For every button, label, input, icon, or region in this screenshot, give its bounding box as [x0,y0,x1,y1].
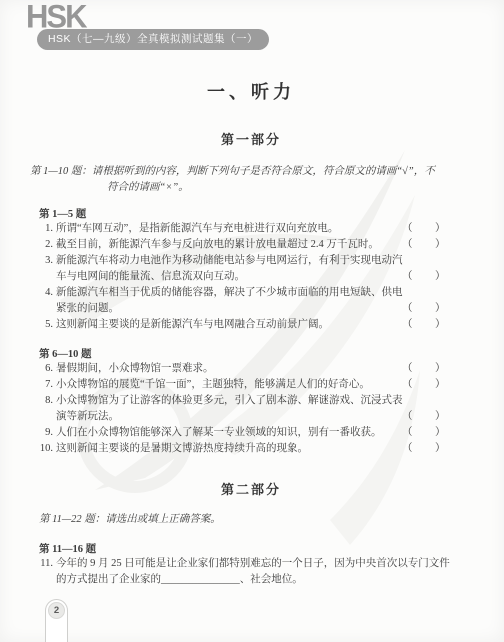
question-text: 小众博物馆的展览“千馆一面”，主题独特，能够满足人们的好奇心。 [56,377,402,393]
question-number: 3. [30,253,56,269]
instruction-line: 符合的请画“×”。 [30,180,472,196]
question-number: 8. [30,393,56,409]
question-row-9: 9. 人们在小众博物馆能够深入了解某一专业领域的知识，别有一番收获。 （ ） [30,425,472,441]
question-row-11-cont: 的方式提出了企业家的_______________、社会地位。 [30,572,472,588]
question-number: 9. [30,425,56,441]
question-number [30,572,56,588]
question-text: 新能源汽车相当于优质的储能容器，解决了不少城市面临的用电短缺、供电 [56,285,472,301]
part1-instructions: 第 1—10 题：请根据听到的内容，判断下列句子是否符合原文，符合原文的请画“√… [30,164,472,196]
answer-parentheses: （ ） [402,361,472,377]
question-number: 1. [30,221,56,237]
answer-parentheses: （ ） [402,317,472,333]
part1-heading: 第一部分 [30,129,472,148]
question-row-8-cont: 演等新玩法。 （ ） [30,409,472,425]
question-text: 新能源汽车将动力电池作为移动储能电站参与电网运行，有利于实现电动汽 [56,253,472,269]
question-row-8: 8. 小众博物馆为了让游客的体验更多元，引入了剧本游、解谜游戏、沉浸式表 [30,393,472,409]
part2-heading: 第二部分 [30,479,472,498]
question-number: 2. [30,237,56,253]
question-text: 小众博物馆为了让游客的体验更多元，引入了剧本游、解谜游戏、沉浸式表 [56,393,472,409]
question-number: 4. [30,285,56,301]
question-row-7: 7. 小众博物馆的展览“千馆一面”，主题独特，能够满足人们的好奇心。 （ ） [30,377,472,393]
question-row-5: 5. 这则新闻主要谈的是新能源汽车与电网融合互动前景广阔。 （ ） [30,317,472,333]
question-row-4-cont: 紧张的问题。 （ ） [30,301,472,317]
question-row-3: 3. 新能源汽车将动力电池作为移动储能电站参与电网运行，有利于实现电动汽 [30,253,472,269]
scanned-test-page: HSK HSK（七—九级）全真模拟测试题集（一） 一、听力 第一部分 第 1—1… [0,0,504,642]
question-number: 11. [30,556,56,572]
part2-instructions: 第 11—22 题：请选出或填上正确答案。 [30,512,472,528]
question-number: 10. [30,441,56,457]
group-heading-6-10: 第 6—10 题 [30,346,472,361]
answer-parentheses: （ ） [402,237,472,253]
page-number-tab: 2 [45,599,68,642]
question-text: 今年的 9 月 25 日可能是让企业家们都特别难忘的一个日子，因为中央首次以专门… [56,556,472,572]
question-row-4: 4. 新能源汽车相当于优质的储能容器，解决了不少城市面临的用电短缺、供电 [30,285,472,301]
question-text: 这则新闻主要谈的是暑期文博游热度持续升高的现象。 [56,441,402,457]
question-row-3-cont: 车与电网间的能量流、信息流双向互动。 （ ） [30,269,472,285]
question-text: 人们在小众博物馆能够深入了解某一专业领域的知识，别有一番收获。 [56,425,402,441]
question-text: 截至目前，新能源汽车参与反向放电的累计放电量超过 2.4 万千瓦时。 [56,237,402,253]
question-number [30,301,56,317]
instruction-line: 第 1—10 题：请根据听到的内容，判断下列句子是否符合原文，符合原文的请画“√… [30,164,472,180]
page-number-badge: 2 [48,602,65,619]
page-content: 一、听力 第一部分 第 1—10 题：请根据听到的内容，判断下列句子是否符合原文… [30,70,472,588]
question-row-6: 6. 暑假期间，小众博物馆一票难求。 （ ） [30,361,472,377]
question-text: 所谓“车网互动”，是指新能源汽车与充电桩进行双向充放电。 [56,221,402,237]
question-number: 5. [30,317,56,333]
question-number: 6. [30,361,56,377]
question-row-10: 10. 这则新闻主要谈的是暑期文博游热度持续升高的现象。 （ ） [30,441,472,457]
question-number: 7. [30,377,56,393]
answer-parentheses: （ ） [402,377,472,393]
answer-parentheses: （ ） [402,441,472,457]
group-heading-11-16: 第 11—16 题 [30,541,472,556]
question-number [30,409,56,425]
question-row-1: 1. 所谓“车网互动”，是指新能源汽车与充电桩进行双向充放电。 （ ） [30,221,472,237]
question-text: 紧张的问题。 [56,301,402,317]
question-text: 这则新闻主要谈的是新能源汽车与电网融合互动前景广阔。 [56,317,402,333]
hsk-logo: HSK [26,1,85,33]
question-text-with-blank: 的方式提出了企业家的_______________、社会地位。 [56,572,472,588]
question-row-11: 11. 今年的 9 月 25 日可能是让企业家们都特别难忘的一个日子，因为中央首… [30,556,472,572]
question-text: 暑假期间，小众博物馆一票难求。 [56,361,402,377]
group-heading-1-5: 第 1—5 题 [30,206,472,221]
section-title: 一、听力 [30,78,472,104]
question-text: 演等新玩法。 [56,409,402,425]
question-text: 车与电网间的能量流、信息流双向互动。 [56,269,402,285]
answer-parentheses: （ ） [402,301,472,317]
answer-parentheses: （ ） [402,221,472,237]
question-row-2: 2. 截至目前，新能源汽车参与反向放电的累计放电量超过 2.4 万千瓦时。 （ … [30,237,472,253]
question-number [30,269,56,285]
answer-parentheses: （ ） [402,425,472,441]
answer-parentheses: （ ） [402,409,472,425]
answer-parentheses: （ ） [402,269,472,285]
